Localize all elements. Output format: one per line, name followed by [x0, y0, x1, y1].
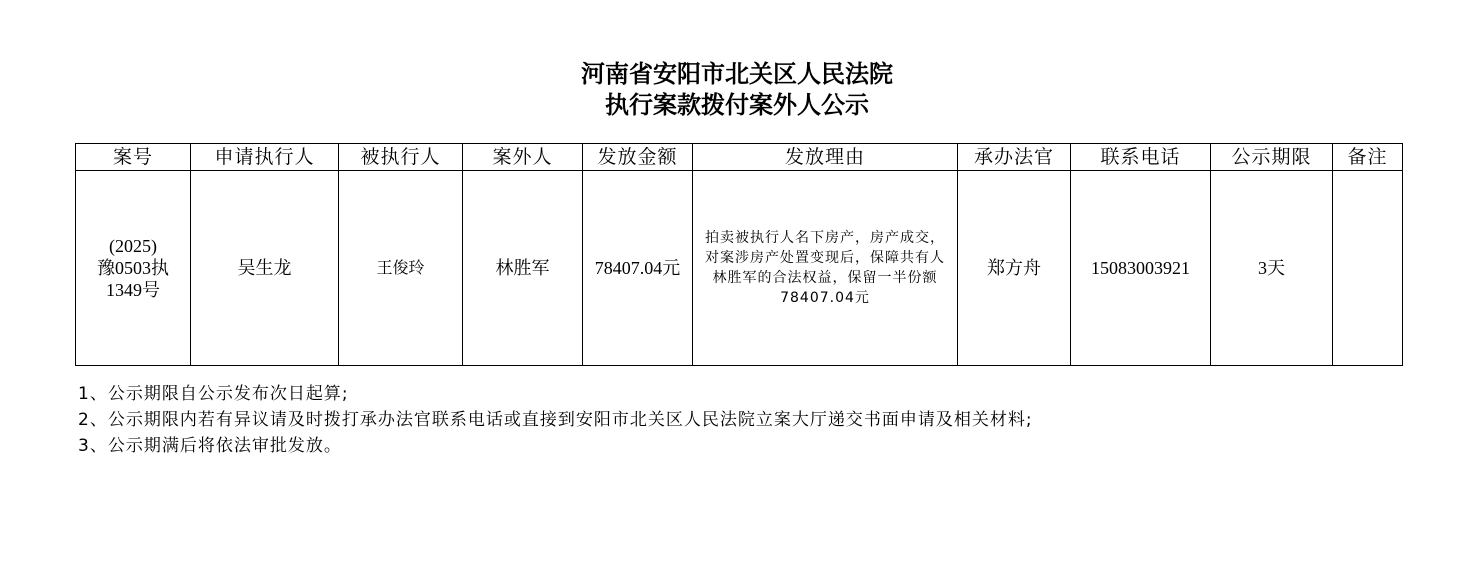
cell-phone: 15083003921: [1071, 171, 1211, 366]
header-outsider: 案外人: [463, 144, 583, 171]
document-title: 河南省安阳市北关区人民法院 执行案款拨付案外人公示: [0, 58, 1474, 120]
court-name-title: 河南省安阳市北关区人民法院: [0, 58, 1474, 89]
header-phone: 联系电话: [1071, 144, 1211, 171]
cell-applicant: 吴生龙: [191, 171, 339, 366]
cell-period: 3天: [1211, 171, 1333, 366]
cell-amount: 78407.04元: [583, 171, 693, 366]
cell-judge: 郑方舟: [958, 171, 1071, 366]
note-item: 2、公示期限内若有异议请及时拨打承办法官联系电话或直接到安阳市北关区人民法院立案…: [78, 407, 1033, 433]
cell-respondent: 王俊玲: [339, 171, 463, 366]
header-remark: 备注: [1333, 144, 1403, 171]
header-reason: 发放理由: [693, 144, 958, 171]
header-amount: 发放金额: [583, 144, 693, 171]
cell-remark: [1333, 171, 1403, 366]
table-row: (2025) 豫0503执 1349号 吴生龙 王俊玲 林胜军 78407.04…: [76, 171, 1403, 366]
table-header-row: 案号 申请执行人 被执行人 案外人 发放金额 发放理由 承办法官 联系电话 公示…: [76, 144, 1403, 171]
cell-reason: 拍卖被执行人名下房产，房产成交，对案涉房产处置变现后，保障共有人林胜军的合法权益…: [693, 171, 958, 366]
header-judge: 承办法官: [958, 144, 1071, 171]
cell-case-no: (2025) 豫0503执 1349号: [76, 171, 191, 366]
case-no-number: 1349号: [76, 279, 190, 301]
case-no-year: (2025): [76, 235, 190, 257]
disbursement-table: 案号 申请执行人 被执行人 案外人 发放金额 发放理由 承办法官 联系电话 公示…: [75, 143, 1403, 366]
header-applicant: 申请执行人: [191, 144, 339, 171]
header-respondent: 被执行人: [339, 144, 463, 171]
notes-list: 1、公示期限自公示发布次日起算; 2、公示期限内若有异议请及时拨打承办法官联系电…: [78, 381, 1033, 459]
header-period: 公示期限: [1211, 144, 1333, 171]
cell-outsider: 林胜军: [463, 171, 583, 366]
notice-title: 执行案款拨付案外人公示: [0, 89, 1474, 120]
note-item: 3、公示期满后将依法审批发放。: [78, 433, 1033, 459]
note-item: 1、公示期限自公示发布次日起算;: [78, 381, 1033, 407]
header-case-no: 案号: [76, 144, 191, 171]
case-no-code: 豫0503执: [76, 257, 190, 279]
